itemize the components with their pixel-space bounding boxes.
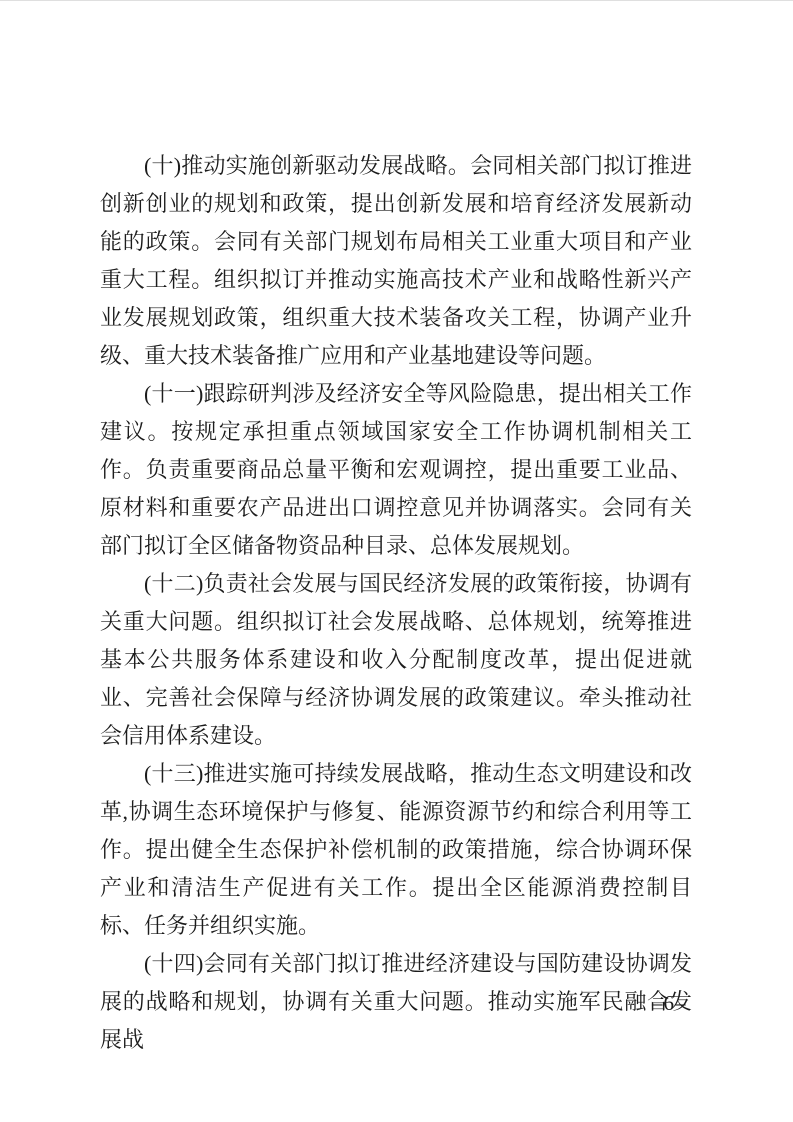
paragraph-item-14: (十四)会同有关部门拟订推进经济建设与国防建设协调发展的战略和规划，协调有关重大…	[100, 945, 692, 1059]
paragraph-item-10: (十)推动实施创新驱动发展战略。会同相关部门拟订推进创新创业的规划和政策，提出创…	[100, 147, 692, 375]
paragraph-item-11: (十一)跟踪研判涉及经济安全等风险隐患，提出相关工作建议。按规定承担重点领域国家…	[100, 375, 692, 565]
page-number: –6–	[652, 991, 687, 1015]
paragraph-item-13: (十三)推进实施可持续发展战略，推动生态文明建设和改革,协调生态环境保护与修复、…	[100, 755, 692, 945]
paragraph-item-12: (十二)负责社会发展与国民经济发展的政策衔接，协调有关重大问题。组织拟订社会发展…	[100, 565, 692, 755]
body-text: (十)推动实施创新驱动发展战略。会同相关部门拟订推进创新创业的规划和政策，提出创…	[100, 147, 692, 1059]
document-page: (十)推动实施创新驱动发展战略。会同相关部门拟订推进创新创业的规划和政策，提出创…	[0, 0, 793, 1122]
scan-edge-artifact	[0, 0, 793, 1]
